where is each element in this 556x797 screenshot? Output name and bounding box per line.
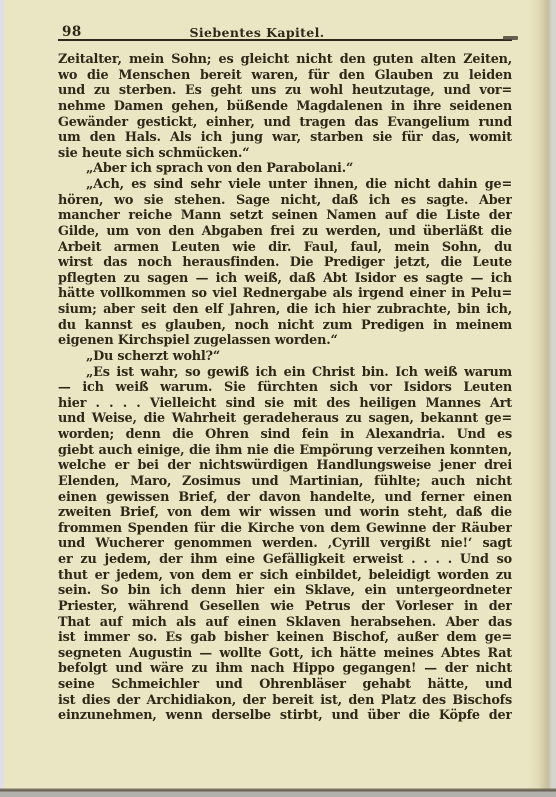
text-line: hören, wo sie stehen. Sage nicht, daß ic…	[58, 193, 512, 209]
text-line: „Du scherzt wohl?“	[58, 349, 512, 365]
text-line: „Es ist wahr, so gewiß ich ein Christ bi…	[58, 365, 512, 381]
text-line: sein. So bin ich denn hier ein Sklave, e…	[58, 583, 512, 599]
text-line: Arbeit armen Leuten wie dir. Faul, faul,…	[58, 240, 512, 256]
text-line: Elenden, Maro, Zosimus und Martinian, fü…	[58, 474, 512, 490]
text-line: Zeitalter, mein Sohn; es gleicht nicht d…	[58, 52, 512, 68]
book-page-scan: 98 Siebentes Kapitel. Zeitalter, mein So…	[0, 0, 556, 797]
text-line: hätte vollkommen so viel Rednergabe als …	[58, 286, 512, 302]
text-line: welche er bei der nichtswürdigen Handlun…	[58, 458, 512, 474]
text-line: Priester, während Gesellen wie Petrus de…	[58, 599, 512, 615]
text-line: mancher reiche Mann setzt seinen Namen a…	[58, 208, 512, 224]
text-line: seine Schmeichler und Ohrenbläser gehabt…	[58, 677, 512, 693]
page-edge-left	[0, 0, 4, 797]
text-line: sie heute sich schmücken.“	[58, 146, 512, 162]
running-head: Siebentes Kapitel.	[58, 25, 456, 40]
text-line: nehme Damen gehen, büßende Magdalenen in…	[58, 99, 512, 115]
text-line: er zu jedem, der ihm eine Gefälligkeit e…	[58, 552, 512, 568]
text-line: du kannst es glauben, noch nicht zum Pre…	[58, 318, 512, 334]
text-line: und Wucherer genommen werden. ‚Cyrill ve…	[58, 536, 512, 552]
text-line: eigenen Kirchspiel zugelassen worden.“	[58, 333, 512, 349]
text-line: wo die Menschen bereit waren, für den Gl…	[58, 68, 512, 84]
header-rule	[58, 39, 512, 41]
text-line: zweiten Brief, von dem wir wissen und wo…	[58, 505, 512, 521]
text-line: einen gewissen Brief, der davon handelte…	[58, 490, 512, 506]
text-line: hier . . . . Vielleicht sind sie mit des…	[58, 396, 512, 412]
text-line: Gilde, um von den Abgaben frei zu werden…	[58, 224, 512, 240]
text-line: segneten Augustin — wollte Gott, ich hät…	[58, 646, 512, 662]
text-line: und Weise, die Wahrheit geradeheraus zu …	[58, 411, 512, 427]
text-line: einzunehmen, wenn derselbe stirbt, und ü…	[58, 708, 512, 724]
text-block: Zeitalter, mein Sohn; es gleicht nicht d…	[58, 52, 512, 724]
text-line: — ich weiß warum. Sie fürchten sich vor …	[58, 380, 512, 396]
text-line: wirst das noch herausfinden. Die Predige…	[58, 255, 512, 271]
text-line: ist dies der Archidiakon, der bereit ist…	[58, 693, 512, 709]
text-line: Gewänder gestickt, einher, und tragen da…	[58, 115, 512, 131]
page-header: 98 Siebentes Kapitel.	[58, 24, 512, 39]
text-line: „Aber ich sprach von den Parabolani.“	[58, 161, 512, 177]
text-line: „Ach, es sind sehr viele unter ihnen, di…	[58, 177, 512, 193]
text-line: That auf mich als auf einen Sklaven hera…	[58, 615, 512, 631]
page-edge-bottom	[0, 788, 556, 797]
text-line: thut er jedem, von dem er sich einbildet…	[58, 568, 512, 584]
text-line: und zu sterben. Es geht uns zu wohl heut…	[58, 83, 512, 99]
page-edge-right	[528, 0, 556, 797]
text-line: um den Hals. Als ich jung war, starben s…	[58, 130, 512, 146]
text-line: pflegten zu sagen — ich weiß, daß Abt Is…	[58, 271, 512, 287]
text-line: worden; denn die Ohren sind fein in Alex…	[58, 427, 512, 443]
text-line: befolgt und wäre zu ihm nach Hippo gegan…	[58, 661, 512, 677]
text-line: sium; aber seit den elf Jahren, die ich …	[58, 302, 512, 318]
text-line: frommen Spenden für die Kirche von dem G…	[58, 521, 512, 537]
ink-smudge	[503, 36, 518, 40]
text-line: ist immer so. Es gab bisher keinen Bisch…	[58, 630, 512, 646]
text-line: giebt auch einige, die ihm nie die Empör…	[58, 443, 512, 459]
